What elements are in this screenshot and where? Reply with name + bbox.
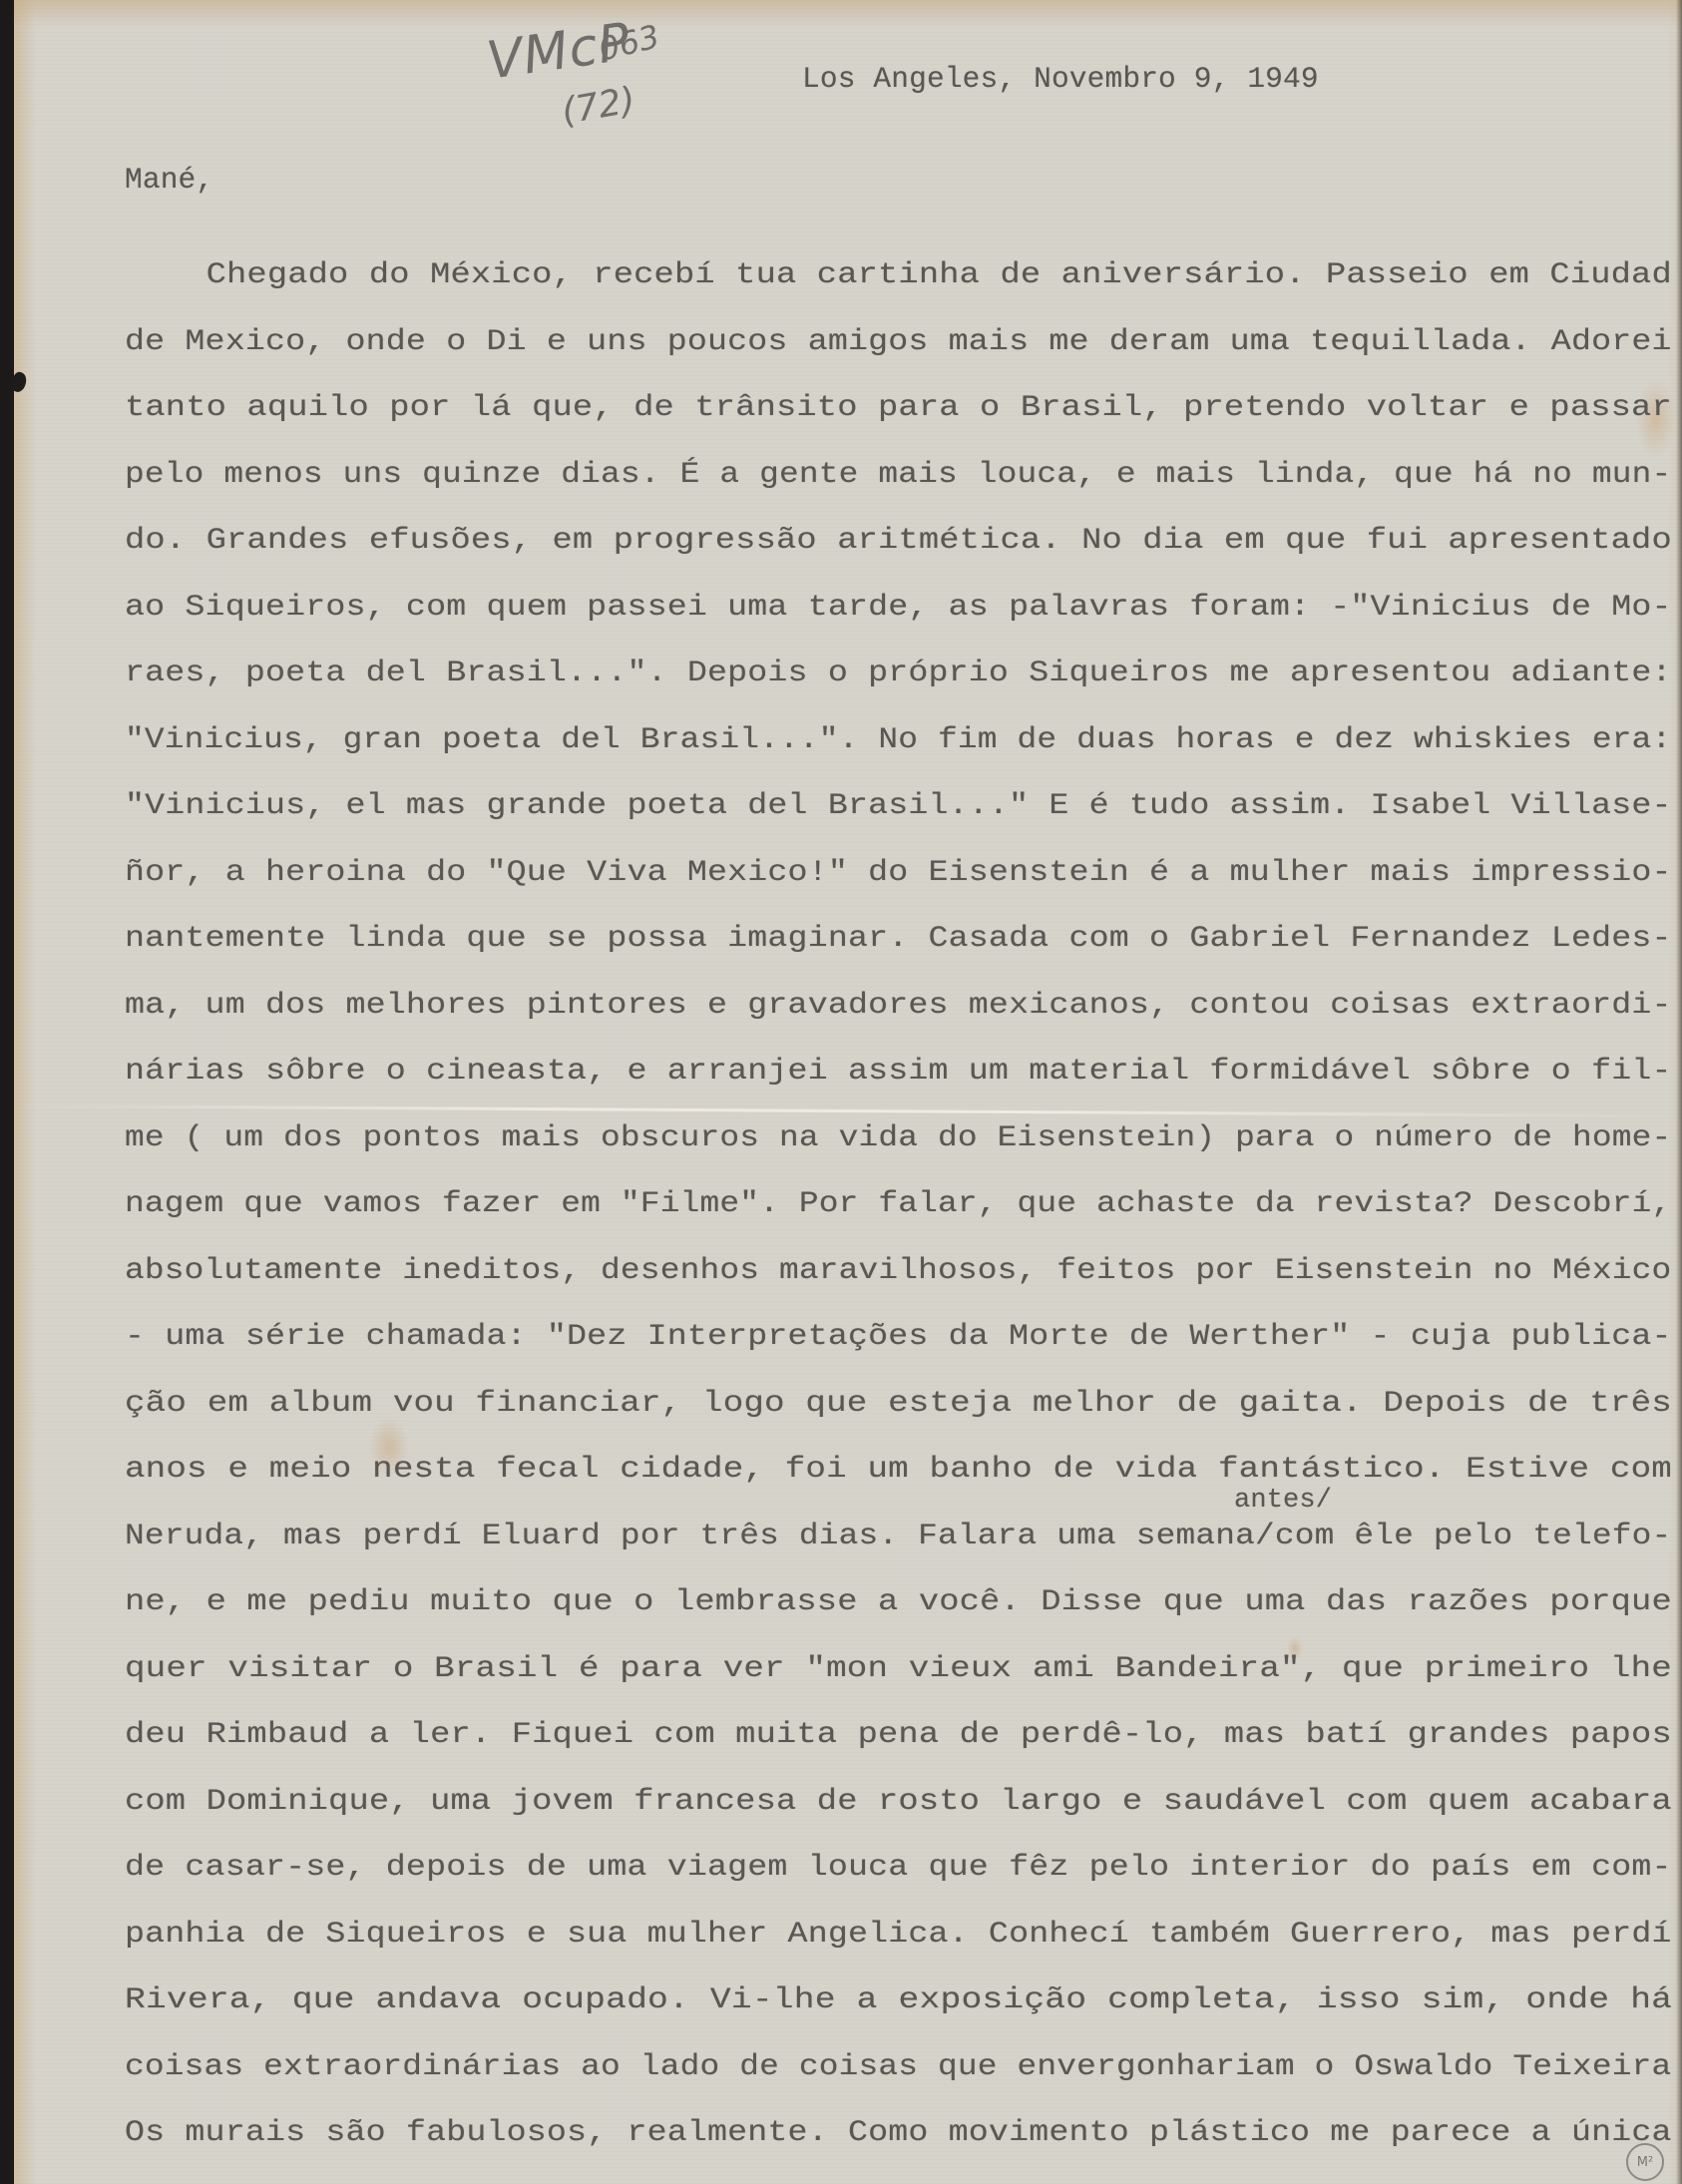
body-line: do. Grandes efusões, em progressão aritm… bbox=[125, 523, 1672, 557]
body-line: ao Siqueiros, com quem passei uma tarde,… bbox=[125, 590, 1672, 624]
body-line: ñor, a heroina do "Que Viva Mexico!" do … bbox=[125, 855, 1672, 889]
body-line: anos e meio nesta fecal cidade, foi um b… bbox=[125, 1452, 1672, 1486]
body-line: Rivera, que andava ocupado. Vi-lhe a exp… bbox=[125, 1982, 1672, 2016]
body-line: ma, um dos melhores pintores e gravadore… bbox=[125, 988, 1672, 1022]
body-line: raes, poeta del Brasil...". Depois o pró… bbox=[125, 655, 1672, 689]
body-line: nárias sôbre o cineasta, e arranjei assi… bbox=[125, 1054, 1672, 1088]
body-line: ne, e me pediu muito que o lembrasse a v… bbox=[125, 1584, 1672, 1618]
body-line: com Dominique, uma jovem francesa de ros… bbox=[125, 1784, 1672, 1818]
body-line: nantemente linda que se possa imaginar. … bbox=[125, 921, 1672, 955]
body-line: panhia de Siqueiros e sua mulher Angelic… bbox=[125, 1917, 1672, 1951]
body-line: tanto aquilo por lá que, de trânsito par… bbox=[125, 390, 1672, 424]
page-edge-shadow bbox=[1676, 0, 1682, 2184]
body-line: "Vinicius, el mas grande poeta del Brasi… bbox=[125, 788, 1672, 822]
body-line: - uma série chamada: "Dez Interpretações… bbox=[125, 1319, 1672, 1353]
body-line: de Mexico, onde o Di e uns poucos amigos… bbox=[125, 324, 1672, 358]
body-line: Chegado do México, recebí tua cartinha d… bbox=[125, 257, 1672, 291]
body-line: Os murais são fabulosos, realmente. Como… bbox=[125, 2115, 1672, 2149]
salutation: Mané, bbox=[125, 163, 213, 197]
body-line: coisas extraordinárias ao lado de coisas… bbox=[125, 2049, 1671, 2083]
interlinear-insertion: antes/ bbox=[1234, 1486, 1332, 1516]
archive-stamp: M² bbox=[1626, 2143, 1664, 2181]
dateline: Los Angeles, Novembro 9, 1949 bbox=[802, 62, 1319, 96]
body-line: de casar-se, depois de uma viagem louca … bbox=[125, 1850, 1672, 1884]
body-line: "Vinicius, gran poeta del Brasil...". No… bbox=[125, 722, 1671, 756]
body-line: deu Rimbaud a ler. Fiquei com muita pena… bbox=[125, 1717, 1672, 1751]
body-line: ção em album vou financiar, logo que est… bbox=[125, 1386, 1672, 1420]
body-line: me ( um dos pontos mais obscuros na vida… bbox=[125, 1120, 1671, 1154]
body-line: quer visitar o Brasil é para ver "mon vi… bbox=[125, 1651, 1672, 1685]
body-line: nagem que vamos fazer em "Filme". Por fa… bbox=[125, 1186, 1671, 1220]
body-line: pelo menos uns quinze dias. É a gente ma… bbox=[125, 457, 1671, 491]
body-line: absolutamente ineditos, desenhos maravil… bbox=[125, 1253, 1671, 1287]
body-line: Neruda, mas perdí Eluard por três dias. … bbox=[125, 1519, 1671, 1552]
